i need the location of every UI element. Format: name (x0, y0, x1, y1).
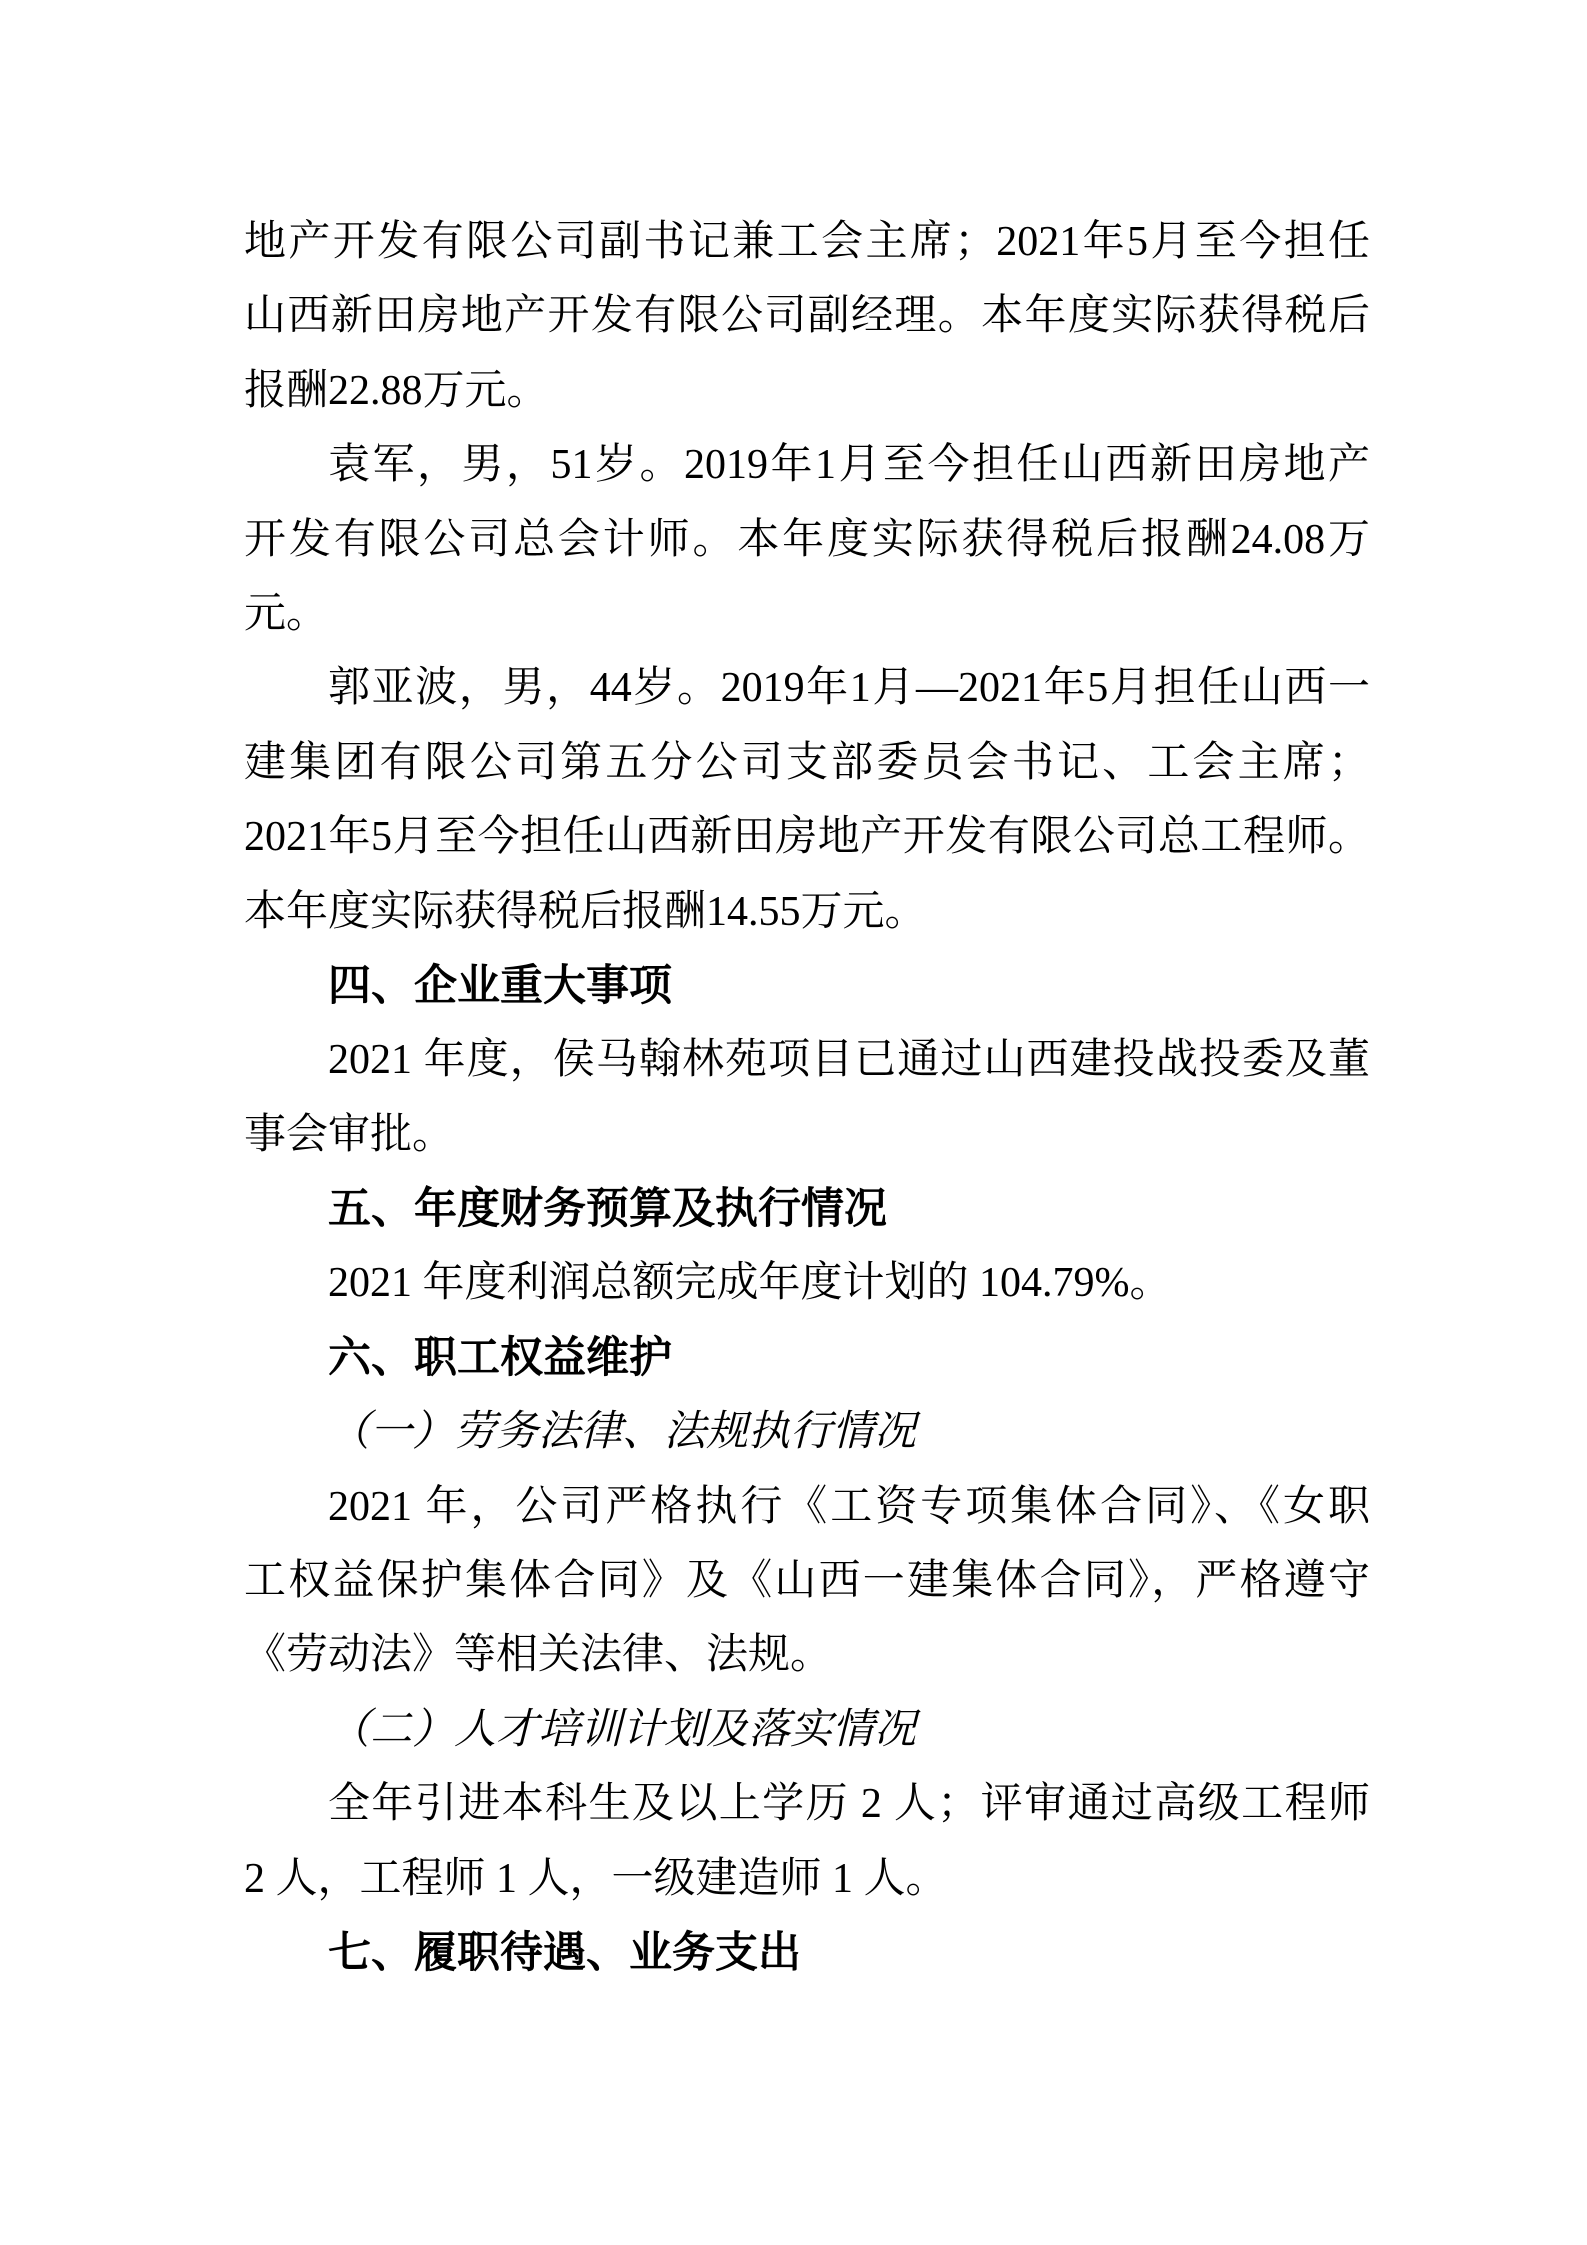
section-heading: 七、履职待遇、业务支出 (244, 1916, 1370, 1990)
paragraph-line: 事会审批。 (244, 1098, 1370, 1172)
section-heading: 五、年度财务预算及执行情况 (244, 1172, 1370, 1246)
paragraph-line: 2 人，工程师 1 人，一级建造师 1 人。 (244, 1842, 1370, 1916)
paragraph-line: 地产开发有限公司副书记兼工会主席；2021年5月至今担任 (244, 205, 1370, 279)
paragraph-line: 袁军，男，51岁。2019年1月至今担任山西新田房地产 (244, 428, 1370, 502)
paragraph-line: 2021 年度利润总额完成年度计划的 104.79%。 (244, 1246, 1370, 1320)
paragraph-line: 《劳动法》等相关法律、法规。 (244, 1618, 1370, 1692)
paragraph-line: 郭亚波，男，44岁。2019年1月—2021年5月担任山西一 (244, 651, 1370, 725)
section-heading: 四、企业重大事项 (244, 949, 1370, 1023)
paragraph-line: 2021年5月至今担任山西新田房地产开发有限公司总工程师。 (244, 800, 1370, 874)
paragraph-line: 2021 年，公司严格执行《工资专项集体合同》、《女职 (244, 1470, 1370, 1544)
paragraph-line: 报酬22.88万元。 (244, 354, 1370, 428)
subsection-heading: （二）人才培训计划及落实情况 (244, 1693, 1370, 1767)
paragraph-line: 本年度实际获得税后报酬14.55万元。 (244, 875, 1370, 949)
document-page: { "colors": { "page_background": "#fffff… (0, 0, 1587, 2245)
section-heading: 六、职工权益维护 (244, 1321, 1370, 1395)
paragraph-line: 开发有限公司总会计师。本年度实际获得税后报酬24.08万 (244, 503, 1370, 577)
paragraph-line: 工权益保护集体合同》及《山西一建集体合同》，严格遵守 (244, 1544, 1370, 1618)
paragraph-line: 山西新田房地产开发有限公司副经理。本年度实际获得税后 (244, 279, 1370, 353)
paragraph-line: 全年引进本科生及以上学历 2 人；评审通过高级工程师 (244, 1767, 1370, 1841)
document-text-block: 地产开发有限公司副书记兼工会主席；2021年5月至今担任 山西新田房地产开发有限… (244, 205, 1370, 1990)
paragraph-line: 2021 年度，侯马翰林苑项目已通过山西建投战投委及董 (244, 1023, 1370, 1097)
subsection-heading: （一）劳务法律、法规执行情况 (244, 1395, 1370, 1469)
paragraph-line: 元。 (244, 577, 1370, 651)
paragraph-line: 建集团有限公司第五分公司支部委员会书记、工会主席； (244, 726, 1370, 800)
